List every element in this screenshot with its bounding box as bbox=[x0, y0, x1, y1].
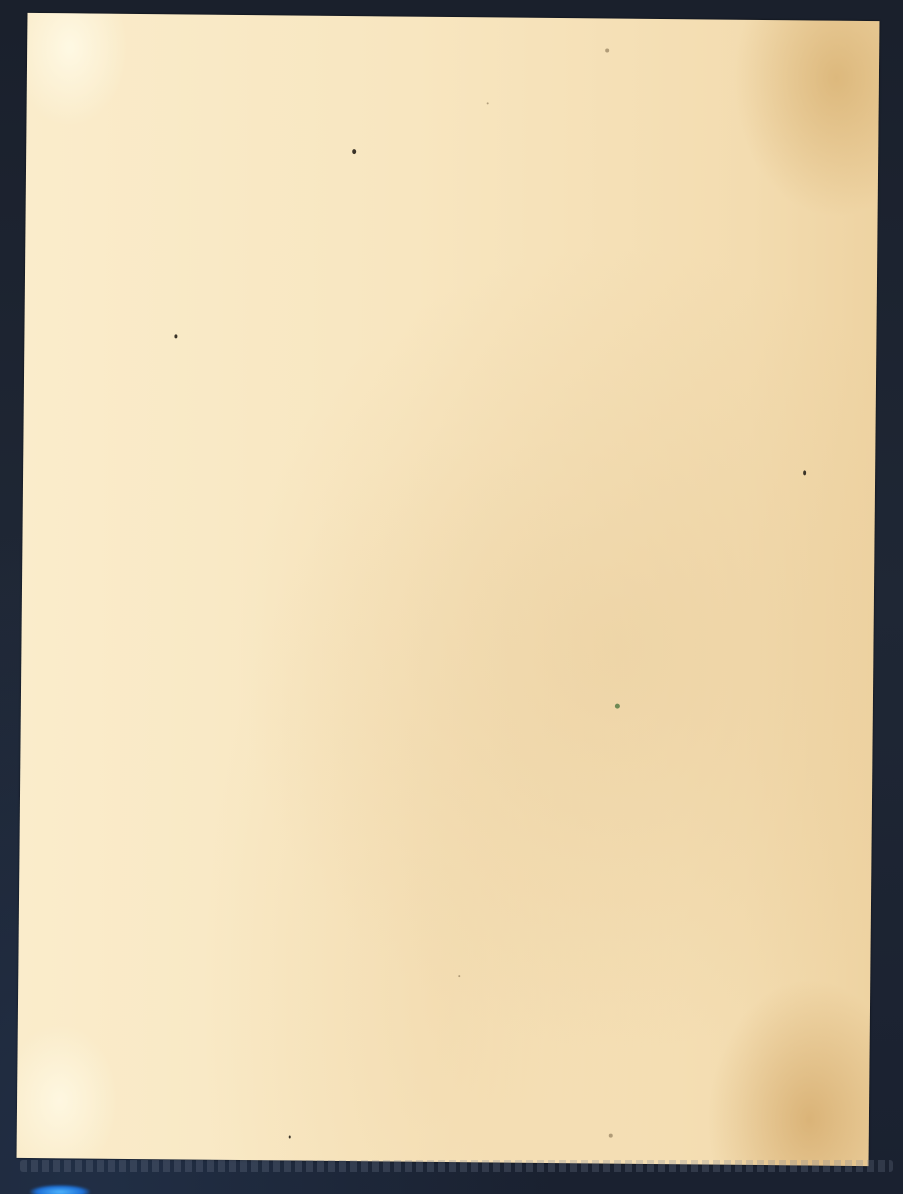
ink-speck bbox=[174, 334, 177, 338]
green-speck bbox=[615, 704, 620, 709]
ink-speck bbox=[289, 1135, 291, 1138]
ink-speck bbox=[803, 470, 806, 475]
ink-speck bbox=[458, 975, 460, 977]
ink-speck bbox=[352, 149, 356, 154]
scanner-edge-strip bbox=[20, 1160, 893, 1172]
ink-speck bbox=[605, 48, 609, 52]
ink-speck bbox=[487, 102, 489, 104]
scanner-light-glare bbox=[30, 1185, 90, 1194]
blank-paper-sheet bbox=[17, 13, 880, 1166]
ink-speck bbox=[609, 1134, 613, 1138]
